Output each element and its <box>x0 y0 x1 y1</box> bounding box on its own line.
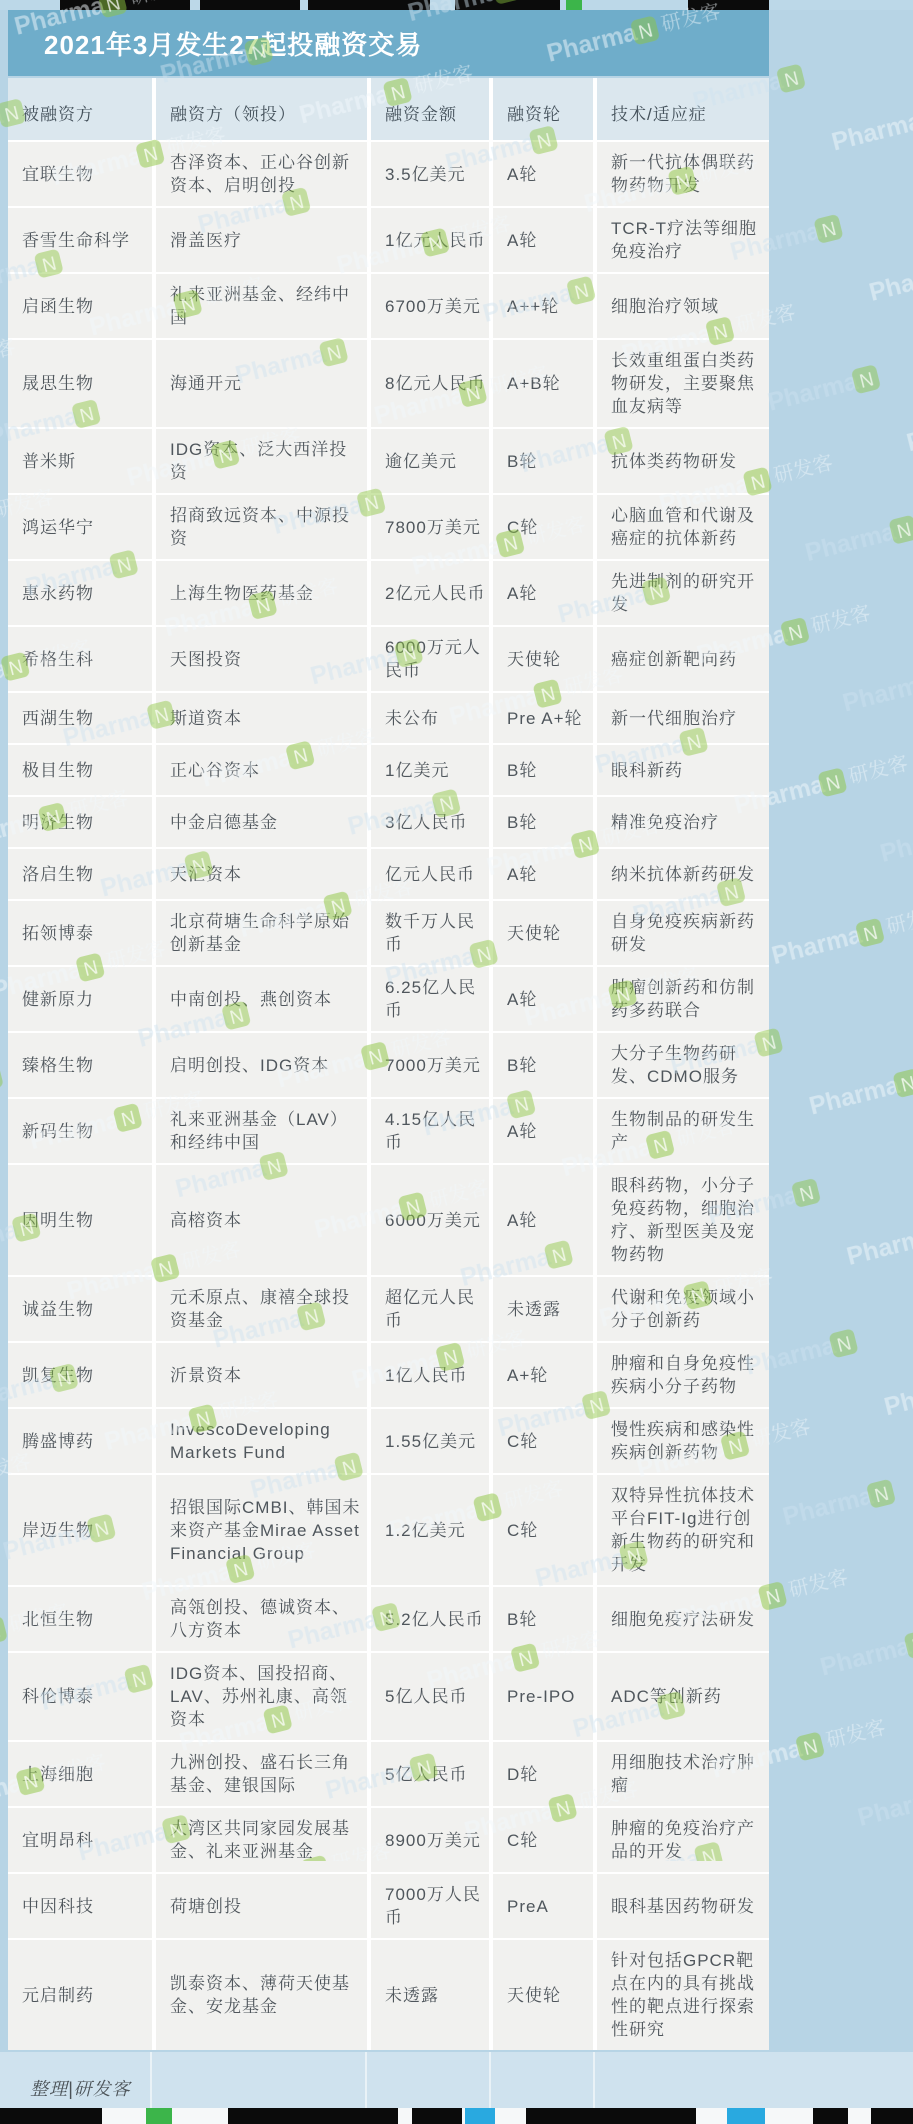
amount-text: 5亿人民币 <box>385 1685 489 1708</box>
amount-text: 5.2亿人民币 <box>385 1608 489 1631</box>
crop-artifact <box>727 2108 765 2124</box>
cell-round: B轮 <box>493 745 593 795</box>
content-column: 2021年3月发生27起投融资交易 被融资方 融资方（领投） 融资金额 融资轮 … <box>8 0 769 2050</box>
round-text: A+B轮 <box>507 372 593 395</box>
investors-text: InvescoDeveloping Markets Fund <box>170 1418 364 1464</box>
table-row: 希格生科 天图投资 6000万元人民币 天使轮 癌症创新靶向药 <box>8 627 769 691</box>
amount-text: 6.25亿人民币 <box>385 976 489 1022</box>
cell-company: 明济生物 <box>8 797 152 847</box>
company-name: 西湖生物 <box>22 707 94 730</box>
cell-round: A轮 <box>493 142 593 206</box>
field-text: 新一代抗体偶联药物药物开发 <box>611 151 769 197</box>
cell-amount: 1.2亿美元 <box>371 1475 489 1585</box>
cell-round: 未透露 <box>493 1277 593 1341</box>
table-row: 西湖生物 斯道资本 未公布 Pre A+轮 新一代细胞治疗 <box>8 693 769 743</box>
round-text: B轮 <box>507 1608 593 1631</box>
round-text: A轮 <box>507 229 593 252</box>
round-text: A+轮 <box>507 1364 593 1387</box>
cell-field: 先进制剂的研究开发 <box>597 561 769 625</box>
cell-amount: 2亿元人民币 <box>371 561 489 625</box>
cell-amount: 未公布 <box>371 693 489 743</box>
investors-text: 斯道资本 <box>170 707 364 730</box>
column-header-company: 被融资方 <box>8 78 152 140</box>
amount-text: 6000万元人民币 <box>385 636 489 682</box>
cell-field: 肿瘤和自身免疫性疾病小分子药物 <box>597 1343 769 1407</box>
round-text: B轮 <box>507 811 593 834</box>
round-text: Pre-IPO <box>507 1685 593 1708</box>
cell-round: B轮 <box>493 797 593 847</box>
round-text: A轮 <box>507 582 593 605</box>
credit-text: 整理|研发客 <box>0 2075 131 2101</box>
field-text: 肿瘤创新药和仿制药多药联合 <box>611 976 769 1022</box>
amount-text: 4.15亿人民币 <box>385 1108 489 1154</box>
cell-amount: 亿元人民币 <box>371 849 489 899</box>
round-text: C轮 <box>507 516 593 539</box>
cell-amount: 5.2亿人民币 <box>371 1587 489 1651</box>
amount-text: 1亿美元 <box>385 759 489 782</box>
amount-text: 6700万美元 <box>385 295 489 318</box>
table-row: 上海细胞 九洲创投、盛石长三角基金、建银国际 5亿人民币 D轮 用细胞技术治疗肿… <box>8 1742 769 1806</box>
field-text: 眼科新药 <box>611 759 769 782</box>
cell-investors: 高瓴创投、德诚资本、八方资本 <box>156 1587 367 1651</box>
cell-round: A+B轮 <box>493 340 593 427</box>
investors-text: 天图投资 <box>170 648 364 671</box>
amount-text: 8900万美元 <box>385 1829 489 1852</box>
cell-investors: 海通开元 <box>156 340 367 427</box>
round-text: D轮 <box>507 1763 593 1786</box>
cell-company: 上海细胞 <box>8 1742 152 1806</box>
cell-investors: 招银国际CMBI、韩国未来资产基金Mirae Asset Financial G… <box>156 1475 367 1585</box>
investors-text: 滑盖医疗 <box>170 229 364 252</box>
round-text: B轮 <box>507 1054 593 1077</box>
company-name: 晟思生物 <box>22 372 94 395</box>
amount-text: 1.2亿美元 <box>385 1519 489 1542</box>
cell-company: 宜联生物 <box>8 142 152 206</box>
cell-company: 启函生物 <box>8 274 152 338</box>
cell-company: 晟思生物 <box>8 340 152 427</box>
cell-field: 心脑血管和代谢及癌症的抗体新药 <box>597 495 769 559</box>
round-text: A轮 <box>507 863 593 886</box>
cell-field: 眼科新药 <box>597 745 769 795</box>
cell-company: 健新原力 <box>8 967 152 1031</box>
cell-amount: 7000万人民币 <box>371 1874 489 1938</box>
cell-company: 中因科技 <box>8 1874 152 1938</box>
cell-round: PreA <box>493 1874 593 1938</box>
cell-round: B轮 <box>493 1033 593 1097</box>
amount-text: 3亿人民币 <box>385 811 489 834</box>
amount-text: 7800万美元 <box>385 516 489 539</box>
company-name: 北恒生物 <box>22 1608 94 1631</box>
cell-field: 眼科药物，小分子免疫药物，细胞治疗、新型医美及宠物药物 <box>597 1165 769 1275</box>
cell-investors: 天图投资 <box>156 627 367 691</box>
column-header-round: 融资轮 <box>493 78 593 140</box>
crop-artifact <box>412 2108 462 2124</box>
table-row: 香雪生命科学 滑盖医疗 1亿元人民币 A轮 TCR-T疗法等细胞免疫治疗 <box>8 208 769 272</box>
cell-amount: 8900万美元 <box>371 1808 489 1872</box>
investors-text: 海通开元 <box>170 372 364 395</box>
investors-text: 荷塘创投 <box>170 1895 364 1918</box>
cell-amount: 3亿人民币 <box>371 797 489 847</box>
company-name: 科伦博泰 <box>22 1685 94 1708</box>
cell-amount: 3.5亿美元 <box>371 142 489 206</box>
amount-text: 数千万人民币 <box>385 910 489 956</box>
page-title: 2021年3月发生27起投融资交易 <box>8 25 422 62</box>
company-name: 元启制药 <box>22 1984 94 2007</box>
cell-company: 诚益生物 <box>8 1277 152 1341</box>
cell-field: 细胞治疗领域 <box>597 274 769 338</box>
table-row: 新码生物 礼来亚洲基金（LAV）和经纬中国 4.15亿人民币 A轮 生物制品的研… <box>8 1099 769 1163</box>
company-name: 鸿运华宁 <box>22 516 94 539</box>
cell-amount: 数千万人民币 <box>371 901 489 965</box>
field-text: 精准免疫治疗 <box>611 811 769 834</box>
table-row: 健新原力 中南创投、燕创资本 6.25亿人民币 A轮 肿瘤创新药和仿制药多药联合 <box>8 967 769 1031</box>
amount-text: 超亿元人民币 <box>385 1286 489 1332</box>
investors-text: 中南创投、燕创资本 <box>170 988 364 1011</box>
cell-field: 纳米抗体新药研发 <box>597 849 769 899</box>
table-row: 明济生物 中金启德基金 3亿人民币 B轮 精准免疫治疗 <box>8 797 769 847</box>
field-text: 新一代细胞治疗 <box>611 707 769 730</box>
cell-company: 希格生科 <box>8 627 152 691</box>
table-row: 岸迈生物 招银国际CMBI、韩国未来资产基金Mirae Asset Financ… <box>8 1475 769 1585</box>
cell-investors: 中金启德基金 <box>156 797 367 847</box>
cell-amount: 1亿元人民币 <box>371 208 489 272</box>
cell-amount: 8亿元人民币 <box>371 340 489 427</box>
cell-round: C轮 <box>493 1475 593 1585</box>
cell-amount: 5亿人民币 <box>371 1742 489 1806</box>
field-text: 慢性疾病和感染性疾病创新药物 <box>611 1418 769 1464</box>
cell-field: 慢性疾病和感染性疾病创新药物 <box>597 1409 769 1473</box>
cell-round: A++轮 <box>493 274 593 338</box>
table-row: 惠永药物 上海生物医药基金 2亿元人民币 A轮 先进制剂的研究开发 <box>8 561 769 625</box>
cell-round: A轮 <box>493 967 593 1031</box>
amount-text: 1.55亿美元 <box>385 1430 489 1453</box>
amount-text: 逾亿美元 <box>385 450 489 473</box>
cell-round: A轮 <box>493 1165 593 1275</box>
investors-text: 礼来亚洲基金、经纬中国 <box>170 283 364 329</box>
cell-investors: 天汇资本 <box>156 849 367 899</box>
field-text: 眼科药物，小分子免疫药物，细胞治疗、新型医美及宠物药物 <box>611 1174 769 1266</box>
cell-round: B轮 <box>493 1587 593 1651</box>
field-text: 先进制剂的研究开发 <box>611 570 769 616</box>
cell-field: 代谢和免疫领域小分子创新药 <box>597 1277 769 1341</box>
cell-company: 臻格生物 <box>8 1033 152 1097</box>
cell-round: A轮 <box>493 208 593 272</box>
cell-investors: 礼来亚洲基金、经纬中国 <box>156 274 367 338</box>
cell-round: D轮 <box>493 1742 593 1806</box>
amount-text: 6000万美元 <box>385 1209 489 1232</box>
cell-field: 大分子生物药研发、CDMO服务 <box>597 1033 769 1097</box>
cell-field: 新一代抗体偶联药物药物开发 <box>597 142 769 206</box>
cell-company: 北恒生物 <box>8 1587 152 1651</box>
field-text: 肿瘤的免疫治疗产品的开发 <box>611 1817 769 1863</box>
table-row: 诚益生物 元禾原点、康禧全球投资基金 超亿元人民币 未透露 代谢和免疫领域小分子… <box>8 1277 769 1341</box>
crop-artifact <box>146 2108 172 2124</box>
investors-text: IDG资本、泛大西洋投资 <box>170 438 364 484</box>
company-name: 宜联生物 <box>22 163 94 186</box>
cell-round: A轮 <box>493 561 593 625</box>
cell-field: 细胞免疫疗法研发 <box>597 1587 769 1651</box>
table-row: 元启制药 凯泰资本、薄荷天使基金、安龙基金 未透露 天使轮 针对包括GPCR靶点… <box>8 1940 769 2050</box>
cell-round: C轮 <box>493 1409 593 1473</box>
round-text: 未透露 <box>507 1298 593 1321</box>
field-text: 长效重组蛋白类药物研发，主要聚焦血友病等 <box>611 349 769 418</box>
cell-company: 新码生物 <box>8 1099 152 1163</box>
cell-company: 宜明昂科 <box>8 1808 152 1872</box>
round-text: C轮 <box>507 1519 593 1542</box>
investors-text: 招商致远资本、中源投资 <box>170 504 364 550</box>
company-name: 凯复生物 <box>22 1364 94 1387</box>
company-name: 上海细胞 <box>22 1763 94 1786</box>
round-text: 天使轮 <box>507 648 593 671</box>
column-header-investors: 融资方（领投） <box>156 78 367 140</box>
field-text: ADC等创新药 <box>611 1685 769 1708</box>
column-header-amount: 融资金额 <box>371 78 489 140</box>
cell-round: Pre A+轮 <box>493 693 593 743</box>
cell-investors: 上海生物医药基金 <box>156 561 367 625</box>
company-name: 健新原力 <box>22 988 94 1011</box>
cell-investors: 杏泽资本、正心谷创新资本、启明创投 <box>156 142 367 206</box>
cell-investors: InvescoDeveloping Markets Fund <box>156 1409 367 1473</box>
cell-company: 普米斯 <box>8 429 152 493</box>
cell-investors: 元禾原点、康禧全球投资基金 <box>156 1277 367 1341</box>
investors-text: 天汇资本 <box>170 863 364 886</box>
round-text: A轮 <box>507 1120 593 1143</box>
table-header-row: 被融资方 融资方（领投） 融资金额 融资轮 技术/适应症 <box>8 78 769 140</box>
company-name: 诚益生物 <box>22 1298 94 1321</box>
cell-company: 因明生物 <box>8 1165 152 1275</box>
company-name: 极目生物 <box>22 759 94 782</box>
company-name: 腾盛博药 <box>22 1430 94 1453</box>
cell-amount: 5亿人民币 <box>371 1653 489 1740</box>
company-name: 拓领博泰 <box>22 922 94 945</box>
round-text: 天使轮 <box>507 1984 593 2007</box>
cell-field: 抗体类药物研发 <box>597 429 769 493</box>
cell-investors: 启明创投、IDG资本 <box>156 1033 367 1097</box>
field-text: 抗体类药物研发 <box>611 450 769 473</box>
cell-investors: 高榕资本 <box>156 1165 367 1275</box>
table-row: 腾盛博药 InvescoDeveloping Markets Fund 1.55… <box>8 1409 769 1473</box>
crop-artifact <box>871 2108 913 2124</box>
field-text: 细胞治疗领域 <box>611 295 769 318</box>
company-name: 惠永药物 <box>22 582 94 605</box>
company-name: 明济生物 <box>22 811 94 834</box>
round-text: A++轮 <box>507 295 593 318</box>
field-text: TCR-T疗法等细胞免疫治疗 <box>611 217 769 263</box>
table-row: 极目生物 正心谷资本 1亿美元 B轮 眼科新药 <box>8 745 769 795</box>
cell-company: 鸿运华宁 <box>8 495 152 559</box>
cell-investors: 礼来亚洲基金（LAV）和经纬中国 <box>156 1099 367 1163</box>
cell-round: Pre-IPO <box>493 1653 593 1740</box>
field-text: 纳米抗体新药研发 <box>611 863 769 886</box>
cell-amount: 1亿美元 <box>371 745 489 795</box>
amount-text: 未透露 <box>385 1984 489 2007</box>
table-body: 宜联生物 杏泽资本、正心谷创新资本、启明创投 3.5亿美元 A轮 新一代抗体偶联… <box>8 142 769 2050</box>
crop-artifact <box>0 2108 102 2124</box>
cell-investors: 北京荷塘生命科学原始创新基金 <box>156 901 367 965</box>
company-name: 洛启生物 <box>22 863 94 886</box>
round-text: A轮 <box>507 988 593 1011</box>
investors-text: 启明创投、IDG资本 <box>170 1054 364 1077</box>
cell-field: 用细胞技术治疗肿瘤 <box>597 1742 769 1806</box>
amount-text: 未公布 <box>385 707 489 730</box>
round-text: PreA <box>507 1895 593 1918</box>
cell-company: 极目生物 <box>8 745 152 795</box>
cell-investors: 招商致远资本、中源投资 <box>156 495 367 559</box>
cell-round: 天使轮 <box>493 1940 593 2050</box>
column-header-field: 技术/适应症 <box>597 78 769 140</box>
amount-text: 亿元人民币 <box>385 863 489 886</box>
cell-investors: IDG资本、国投招商、LAV、苏州礼康、高瓴资本 <box>156 1653 367 1740</box>
field-text: 双特异性抗体技术平台FIT-Ig进行创新生物药的研究和开发 <box>611 1484 769 1576</box>
investors-text: 九洲创投、盛石长三角基金、建银国际 <box>170 1751 364 1797</box>
cell-amount: 6.25亿人民币 <box>371 967 489 1031</box>
cell-amount: 6700万美元 <box>371 274 489 338</box>
field-text: 心脑血管和代谢及癌症的抗体新药 <box>611 504 769 550</box>
company-name: 臻格生物 <box>22 1054 94 1077</box>
cell-investors: 大湾区共同家园发展基金、礼来亚洲基金 <box>156 1808 367 1872</box>
cell-field: 新一代细胞治疗 <box>597 693 769 743</box>
investors-text: 杏泽资本、正心谷创新资本、启明创投 <box>170 151 364 197</box>
cell-investors: 斯道资本 <box>156 693 367 743</box>
company-name: 启函生物 <box>22 295 94 318</box>
company-name: 希格生科 <box>22 648 94 671</box>
field-text: 针对包括GPCR靶点在内的具有挑战性的靶点进行探索性研究 <box>611 1949 769 2041</box>
investors-text: IDG资本、国投招商、LAV、苏州礼康、高瓴资本 <box>170 1662 364 1731</box>
table-row: 因明生物 高榕资本 6000万美元 A轮 眼科药物，小分子免疫药物，细胞治疗、新… <box>8 1165 769 1275</box>
cell-field: 肿瘤的免疫治疗产品的开发 <box>597 1808 769 1872</box>
cell-field: 长效重组蛋白类药物研发，主要聚焦血友病等 <box>597 340 769 427</box>
title-bar: 2021年3月发生27起投融资交易 <box>8 10 769 76</box>
cell-investors: 滑盖医疗 <box>156 208 367 272</box>
field-text: 大分子生物药研发、CDMO服务 <box>611 1042 769 1088</box>
round-text: C轮 <box>507 1430 593 1453</box>
field-text: 癌症创新靶向药 <box>611 648 769 671</box>
field-text: 自身免疫疾病新药研发 <box>611 910 769 956</box>
investors-text: 元禾原点、康禧全球投资基金 <box>170 1286 364 1332</box>
investors-text: 上海生物医药基金 <box>170 582 364 605</box>
cell-field: 自身免疫疾病新药研发 <box>597 901 769 965</box>
investors-text: 招银国际CMBI、韩国未来资产基金Mirae Asset Financial G… <box>170 1496 364 1565</box>
investors-text: 高瓴创投、德诚资本、八方资本 <box>170 1596 364 1642</box>
crop-artifact <box>813 2108 848 2124</box>
investors-text: 大湾区共同家园发展基金、礼来亚洲基金 <box>170 1817 364 1863</box>
amount-text: 1亿元人民币 <box>385 229 489 252</box>
cell-round: B轮 <box>493 429 593 493</box>
table-row: 鸿运华宁 招商致远资本、中源投资 7800万美元 C轮 心脑血管和代谢及癌症的抗… <box>8 495 769 559</box>
cell-round: 天使轮 <box>493 901 593 965</box>
round-text: C轮 <box>507 1829 593 1852</box>
cell-investors: IDG资本、泛大西洋投资 <box>156 429 367 493</box>
bottom-crop-strip <box>0 2108 913 2124</box>
table-row: 科伦博泰 IDG资本、国投招商、LAV、苏州礼康、高瓴资本 5亿人民币 Pre-… <box>8 1653 769 1740</box>
cell-field: 精准免疫治疗 <box>597 797 769 847</box>
company-name: 香雪生命科学 <box>22 229 130 252</box>
company-name: 普米斯 <box>22 450 76 473</box>
amount-text: 2亿元人民币 <box>385 582 489 605</box>
round-text: A轮 <box>507 1209 593 1232</box>
cell-field: TCR-T疗法等细胞免疫治疗 <box>597 208 769 272</box>
table-row: 宜明昂科 大湾区共同家园发展基金、礼来亚洲基金 8900万美元 C轮 肿瘤的免疫… <box>8 1808 769 1872</box>
table-row: 臻格生物 启明创投、IDG资本 7000万美元 B轮 大分子生物药研发、CDMO… <box>8 1033 769 1097</box>
field-text: 肿瘤和自身免疫性疾病小分子药物 <box>611 1352 769 1398</box>
cell-company: 惠永药物 <box>8 561 152 625</box>
cell-field: 生物制品的研发生产 <box>597 1099 769 1163</box>
table-row: 凯复生物 沂景资本 1亿人民币 A+轮 肿瘤和自身免疫性疾病小分子药物 <box>8 1343 769 1407</box>
cell-investors: 沂景资本 <box>156 1343 367 1407</box>
crop-artifact <box>228 2108 398 2124</box>
table-row: 启函生物 礼来亚洲基金、经纬中国 6700万美元 A++轮 细胞治疗领域 <box>8 274 769 338</box>
round-text: A轮 <box>507 163 593 186</box>
amount-text: 8亿元人民币 <box>385 372 489 395</box>
field-text: 代谢和免疫领域小分子创新药 <box>611 1286 769 1332</box>
cell-field: 眼科基因药物研发 <box>597 1874 769 1938</box>
table-row: 拓领博泰 北京荷塘生命科学原始创新基金 数千万人民币 天使轮 自身免疫疾病新药研… <box>8 901 769 965</box>
cell-investors: 九洲创投、盛石长三角基金、建银国际 <box>156 1742 367 1806</box>
cell-amount: 1亿人民币 <box>371 1343 489 1407</box>
amount-text: 5亿人民币 <box>385 1763 489 1786</box>
cell-round: C轮 <box>493 1808 593 1872</box>
crop-artifact <box>465 2108 495 2124</box>
cell-round: A轮 <box>493 849 593 899</box>
cell-amount: 1.55亿美元 <box>371 1409 489 1473</box>
field-text: 生物制品的研发生产 <box>611 1108 769 1154</box>
cell-field: 癌症创新靶向药 <box>597 627 769 691</box>
company-name: 岸迈生物 <box>22 1519 94 1542</box>
amount-text: 7000万美元 <box>385 1054 489 1077</box>
investors-text: 高榕资本 <box>170 1209 364 1232</box>
table-row: 普米斯 IDG资本、泛大西洋投资 逾亿美元 B轮 抗体类药物研发 <box>8 429 769 493</box>
field-text: 用细胞技术治疗肿瘤 <box>611 1751 769 1797</box>
investors-text: 北京荷塘生命科学原始创新基金 <box>170 910 364 956</box>
page: 2021年3月发生27起投融资交易 被融资方 融资方（领投） 融资金额 融资轮 … <box>0 0 913 2124</box>
cell-company: 元启制药 <box>8 1940 152 2050</box>
cell-investors: 正心谷资本 <box>156 745 367 795</box>
investors-text: 凯泰资本、薄荷天使基金、安龙基金 <box>170 1972 364 2018</box>
company-name: 宜明昂科 <box>22 1829 94 1852</box>
table-row: 洛启生物 天汇资本 亿元人民币 A轮 纳米抗体新药研发 <box>8 849 769 899</box>
cell-company: 西湖生物 <box>8 693 152 743</box>
company-name: 新码生物 <box>22 1120 94 1143</box>
cell-field: 双特异性抗体技术平台FIT-Ig进行创新生物药的研究和开发 <box>597 1475 769 1585</box>
cell-company: 腾盛博药 <box>8 1409 152 1473</box>
cell-company: 凯复生物 <box>8 1343 152 1407</box>
cell-company: 科伦博泰 <box>8 1653 152 1740</box>
cell-company: 岸迈生物 <box>8 1475 152 1585</box>
amount-text: 7000万人民币 <box>385 1883 489 1929</box>
cell-company: 香雪生命科学 <box>8 208 152 272</box>
cell-round: A+轮 <box>493 1343 593 1407</box>
field-text: 细胞免疫疗法研发 <box>611 1608 769 1631</box>
cell-investors: 荷塘创投 <box>156 1874 367 1938</box>
investors-text: 正心谷资本 <box>170 759 364 782</box>
cell-amount: 未透露 <box>371 1940 489 2050</box>
amount-text: 3.5亿美元 <box>385 163 489 186</box>
amount-text: 1亿人民币 <box>385 1364 489 1387</box>
cell-field: ADC等创新药 <box>597 1653 769 1740</box>
company-name: 中因科技 <box>22 1895 94 1918</box>
company-name: 因明生物 <box>22 1209 94 1232</box>
investors-text: 礼来亚洲基金（LAV）和经纬中国 <box>170 1108 364 1154</box>
cell-company: 拓领博泰 <box>8 901 152 965</box>
cell-amount: 逾亿美元 <box>371 429 489 493</box>
table-row: 北恒生物 高瓴创投、德诚资本、八方资本 5.2亿人民币 B轮 细胞免疫疗法研发 <box>8 1587 769 1651</box>
crop-artifact <box>526 2108 696 2124</box>
cell-round: 天使轮 <box>493 627 593 691</box>
cell-amount: 4.15亿人民币 <box>371 1099 489 1163</box>
cell-investors: 中南创投、燕创资本 <box>156 967 367 1031</box>
cell-field: 肿瘤创新药和仿制药多药联合 <box>597 967 769 1031</box>
cell-amount: 7800万美元 <box>371 495 489 559</box>
